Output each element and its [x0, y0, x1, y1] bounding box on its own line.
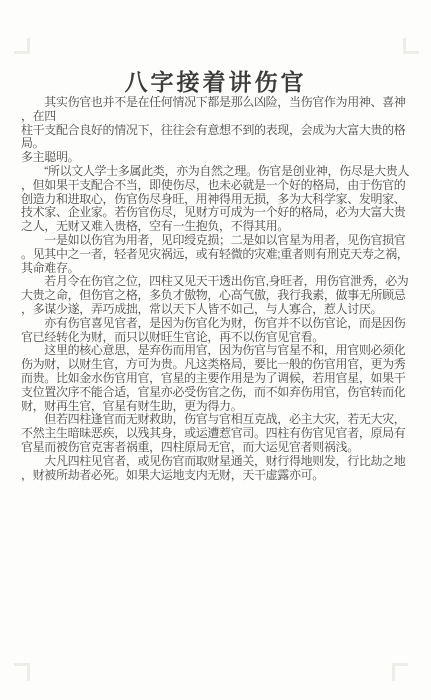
text-line: 官星而被伤官克害者祸重，四柱原局无官，而大运见官者则祸浅。: [21, 441, 415, 455]
page-title: 八字接着讲伤官: [0, 68, 431, 96]
text-line: “所以文人学士多属此类，亦为自然之理。伤官是创业神，伤尽是大贵人: [21, 165, 415, 179]
crop-mark-top-right: [403, 38, 419, 54]
text-line: 支位置次序不能合适，官星亦必受伤官之伤，而不如弃伤用官，伤官转而化: [21, 386, 415, 400]
text-line: 亦有伤官喜见官者，是因为伤官化为财，伤官并不以伤官论，而是因伤: [21, 317, 415, 331]
text-line: ，财被所劫者必死。如果大运地支内无财，天干虚露亦可。: [21, 469, 415, 483]
crop-mark-top-left: [14, 38, 30, 54]
text-line: 大贵之命，但伤官之格，多负才傲物，心高气傲，我行我素，做事无所顾忌: [21, 289, 415, 303]
text-line: 多主聪明。: [21, 151, 415, 165]
body-text: 其实伤官也并不是在任何情况下都是那么凶险，当伤官作为用神、喜神，在四柱干支配合良…: [21, 96, 415, 482]
text-line: 伤为财，以财生官，方可为贵。凡这类格局，要比一般的伤官用官，更为秀: [21, 358, 415, 372]
text-line: 而贵。比如金水伤官用官，官星的主要作用是为了调候，若用官星，如果干: [21, 372, 415, 386]
text-line: ，在四: [21, 110, 415, 124]
text-line: ，多谋少遂，弄巧成拙，常以天下人皆不如己，与人寡合，惹人讨厌。: [21, 303, 415, 317]
text-line: 一是如以伤官为用者，见印绶克损；二是如以官星为用者，见伤官损官: [21, 234, 415, 248]
text-line: 大凡四柱见官者，或见伤官而取财星通关，财行得地则发，行比劫之地: [21, 455, 415, 469]
crop-mark-bottom-left: [14, 663, 30, 681]
text-line: 。见其中之一者，轻者见灾祸远，或有轻微的灾难;重者则有刑克天寿之祸，: [21, 248, 415, 262]
text-line: 其实伤官也并不是在任何情况下都是那么凶险，当伤官作为用神、喜神: [21, 96, 415, 110]
text-line: 柱干支配合良好的情况下，往往会有意想不到的表现，会成为大富大贵的格: [21, 124, 415, 138]
text-line: 之人，无财又难入贵格，空有一生抱负，不得其用。: [21, 220, 415, 234]
text-line: 局。: [21, 137, 415, 151]
text-line: ，但如果干支配合不当，即使伤尽，也未必就是一个好的格局，由于伤官的: [21, 179, 415, 193]
text-line: 不然主生暗昧恶疾，以残其身，或运遭惹官司。四柱有伤官见官者，原局有: [21, 427, 415, 441]
crop-mark-bottom-right: [392, 663, 408, 681]
